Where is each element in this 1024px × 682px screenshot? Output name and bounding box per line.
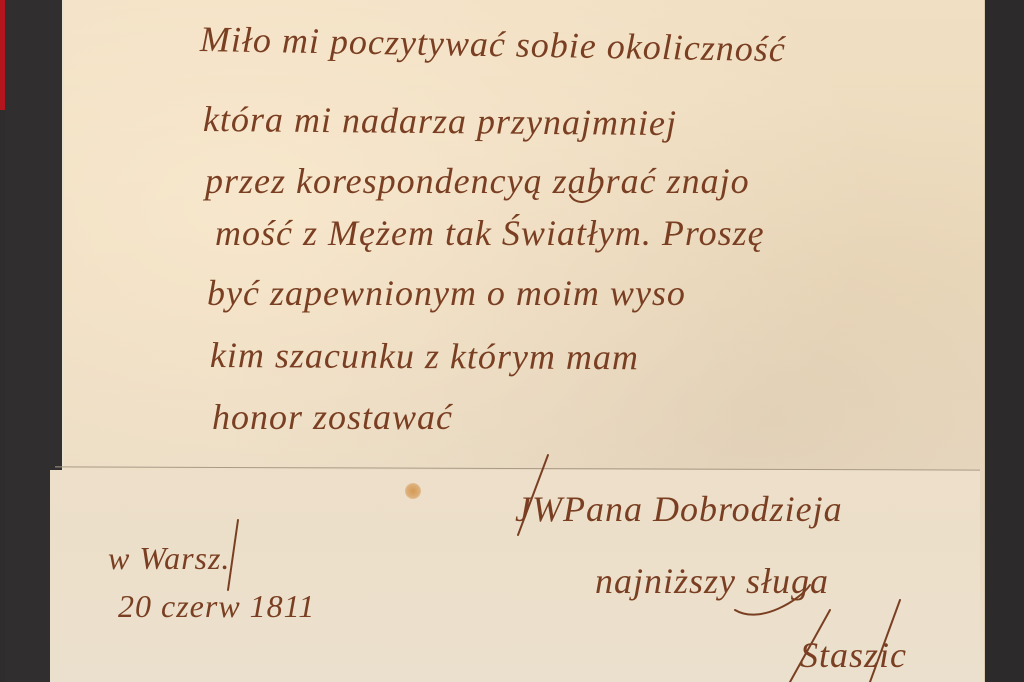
letter-line-4: mość z Mężem tak Światłym. Proszę <box>215 212 765 254</box>
letter-line-7: honor zostawać <box>212 396 453 438</box>
place-line: w Warsz. <box>108 540 230 577</box>
letter-line-3: przez korespondencyą zabrać znajo <box>205 160 750 202</box>
letter-line-2: która mi nadarza przynajmniej <box>203 98 677 144</box>
letter-line-6: kim szacunku z którym mam <box>210 334 639 378</box>
letter-line-5: być zapewnionym o moim wyso <box>207 272 686 314</box>
closing-phrase: najniższy sługa <box>595 560 829 602</box>
closing-salutation: JWPana Dobrodzieja <box>515 488 843 530</box>
date-line: 20 czerw 1811 <box>118 588 315 625</box>
signature: Staszic <box>800 634 907 676</box>
ink-stain <box>405 483 421 499</box>
frame-right-border <box>985 0 1024 682</box>
